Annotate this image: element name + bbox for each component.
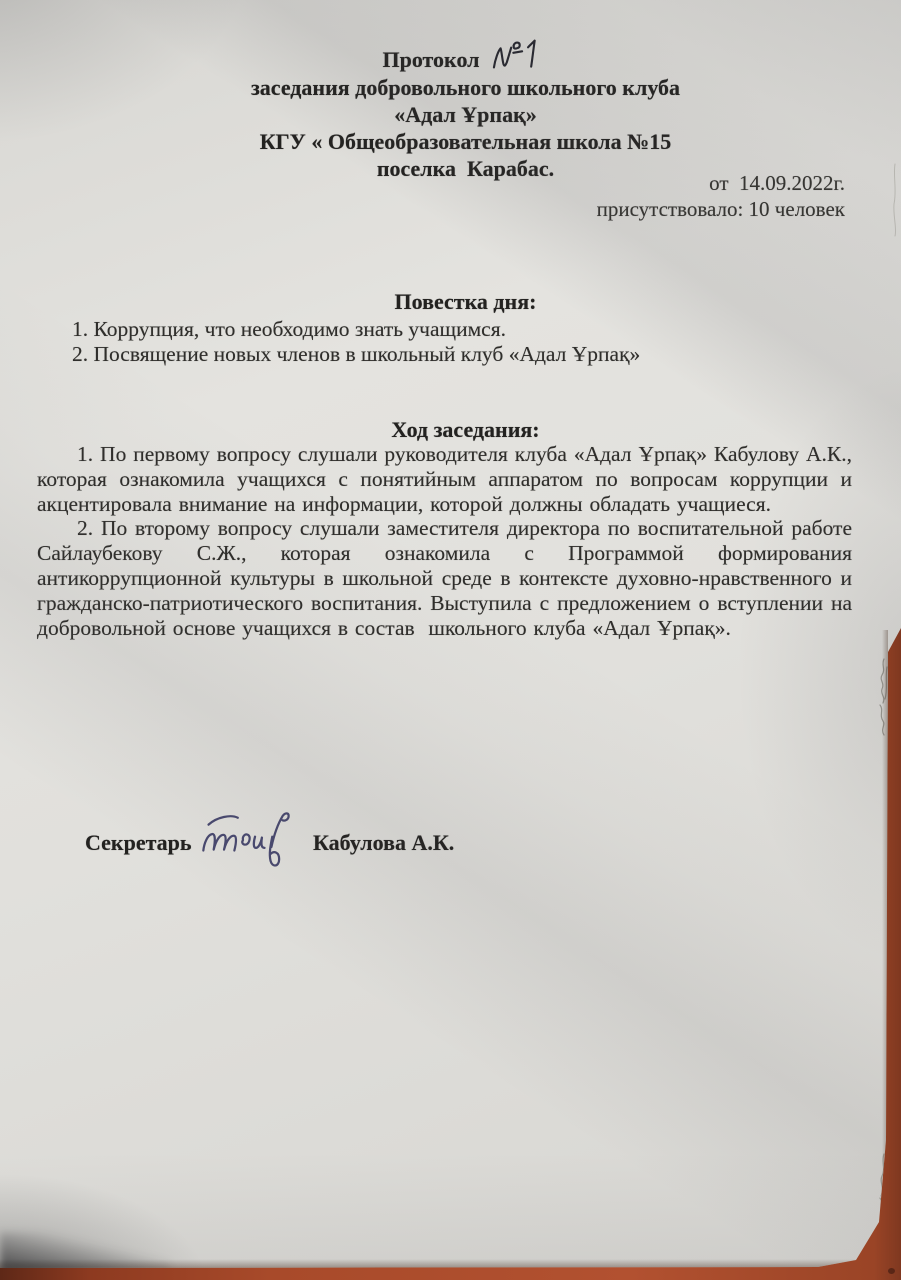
meta-block: от 14.09.2022г. присутствовало: 10 челов… <box>597 170 845 222</box>
proceedings-paragraph: 1. По первому вопросу слушали руководите… <box>37 442 852 516</box>
handwritten-signature <box>193 802 305 880</box>
desk-speck <box>888 1268 895 1274</box>
agenda-list: 1. Коррупция, что необходимо знать учащи… <box>72 317 861 366</box>
proceedings-body: 1. По первому вопросу слушали руководите… <box>37 442 852 640</box>
agenda-heading: Повестка дня: <box>60 289 871 315</box>
pencil-scribble-icon <box>890 160 900 240</box>
document-content: Протокол заседания добровольного школьно… <box>0 0 901 1280</box>
agenda-item: 1. Коррупция, что необходимо знать учащи… <box>72 317 861 342</box>
title-line: Протокол <box>60 38 871 74</box>
header-line-2: заседания добровольного школьного клуба <box>60 74 871 101</box>
secretary-label: Секретарь <box>85 830 192 856</box>
attendance-line: присутствовало: 10 человек <box>597 196 845 222</box>
proceedings-heading: Ход заседания: <box>60 417 871 443</box>
corner-shadow <box>0 1232 170 1272</box>
document-page: Протокол заседания добровольного школьно… <box>0 0 901 1280</box>
handwritten-number-icon <box>487 38 549 74</box>
agenda-item: 2. Посвящение новых членов в школьный кл… <box>72 342 861 367</box>
document-title: Протокол <box>382 47 479 72</box>
secretary-name: Кабулова А.К. <box>313 830 454 856</box>
document-header: Протокол заседания добровольного школьно… <box>60 38 871 182</box>
date-line: от 14.09.2022г. <box>597 170 845 196</box>
photo-of-document: Протокол заседания добровольного школьно… <box>0 0 901 1280</box>
header-line-3: «Адал Ұрпақ» <box>60 101 871 128</box>
header-line-4: КГУ « Общеобразовательная школа №15 <box>60 128 871 155</box>
proceedings-paragraph: 2. По второму вопросу слушали заместител… <box>37 516 852 640</box>
